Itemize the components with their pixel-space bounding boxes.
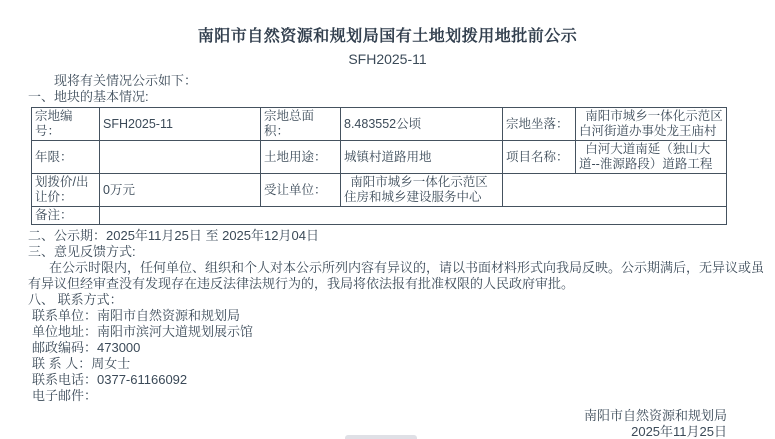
table-cell-value [100,141,261,174]
table-cell-label: 宗地编号： [32,108,100,141]
section3-heading: 三、意见反馈方式: [28,244,775,260]
contact-line-postcode: 邮政编码：473000 [28,340,775,356]
notice-title: 南阳市自然资源和规划局国有土地划拨用地批前公示 [0,27,775,46]
table-row: 宗地编号： SFH2025-11 宗地总面积： 8.483552公顷 宗地坐落：… [32,108,727,141]
contact-value: 473000 [97,340,140,355]
contact-line-person: 联 系 人：周女士 [28,356,775,372]
table-row: 年限： 土地用途： 城镇村道路用地 项目名称： 白河大道南延（独山大道--淮源路… [32,141,727,174]
section8-heading: 八、 联系方式： [28,292,775,308]
table-cell-value: 0万元 [100,174,261,207]
contact-line-unit: 联系单位：南阳市自然资源和规划局 [28,308,775,324]
table-cell-value [503,174,727,207]
table-cell-value: 城镇村道路用地 [341,141,503,174]
contact-value: 南阳市自然资源和规划局 [97,308,240,323]
signature-org: 南阳市自然资源和规划局 [28,408,727,424]
contact-label: 单位地址： [32,324,97,339]
table-cell-value: 8.483552公顷 [341,108,503,141]
section3-paragraph: 在公示时限内，任何单位、组织和个人对本公示所列内容有异议的，请以书面材料形式向我… [28,260,775,292]
contact-line-phone: 联系电话：0377-61166092 [28,372,775,388]
contact-label: 联系单位： [32,308,97,323]
table-cell-label: 宗地总面积： [261,108,341,141]
intro-line: 现将有关情况公示如下： [28,73,775,89]
contact-label: 电子邮件： [32,388,97,403]
bottom-scrollbar-thumb[interactable] [345,435,417,439]
contact-value: 南阳市滨河大道规划展示馆 [97,324,253,339]
section2-line: 二、公示期：2025年11月25日 至 2025年12月04日 [28,228,775,244]
table-cell-value: 南阳市城乡一体化示范区白河街道办事处龙王庙村 [576,108,727,141]
section1-heading: 一、地块的基本情况: [28,89,775,105]
contact-label: 联系电话： [32,372,97,387]
contact-label: 联 系 人： [32,356,91,371]
table-cell-value: 南阳市城乡一体化示范区住房和城乡建设服务中心 [341,174,503,207]
table-cell-label: 备注： [32,207,100,225]
document-number: SFH2025-11 [0,52,775,67]
land-info-table: 宗地编号： SFH2025-11 宗地总面积： 8.483552公顷 宗地坐落：… [31,107,727,225]
table-cell-value: 白河大道南延（独山大道--淮源路段）道路工程 [576,141,727,174]
table-cell-label: 受让单位： [261,174,341,207]
contact-line-email: 电子邮件： [28,388,775,404]
contact-label: 邮政编码： [32,340,97,355]
table-row: 划拨价/出让价： 0万元 受让单位： 南阳市城乡一体化示范区住房和城乡建设服务中… [32,174,727,207]
table-cell-label: 划拨价/出让价： [32,174,100,207]
notice-body: 现将有关情况公示如下： 一、地块的基本情况: 宗地编号： SFH2025-11 … [0,73,775,439]
notice-page: 南阳市自然资源和规划局国有土地划拨用地批前公示 SFH2025-11 现将有关情… [0,0,775,439]
contact-value: 周女士 [91,356,130,371]
table-row: 备注： [32,207,727,225]
table-cell-label: 项目名称： [503,141,576,174]
table-cell-label: 土地用途： [261,141,341,174]
table-cell-value: SFH2025-11 [100,108,261,141]
table-cell-label: 年限： [32,141,100,174]
contact-value: 0377-61166092 [97,372,187,387]
table-cell-label: 宗地坐落： [503,108,576,141]
table-cell-value [100,207,727,225]
contact-line-address: 单位地址：南阳市滨河大道规划展示馆 [28,324,775,340]
